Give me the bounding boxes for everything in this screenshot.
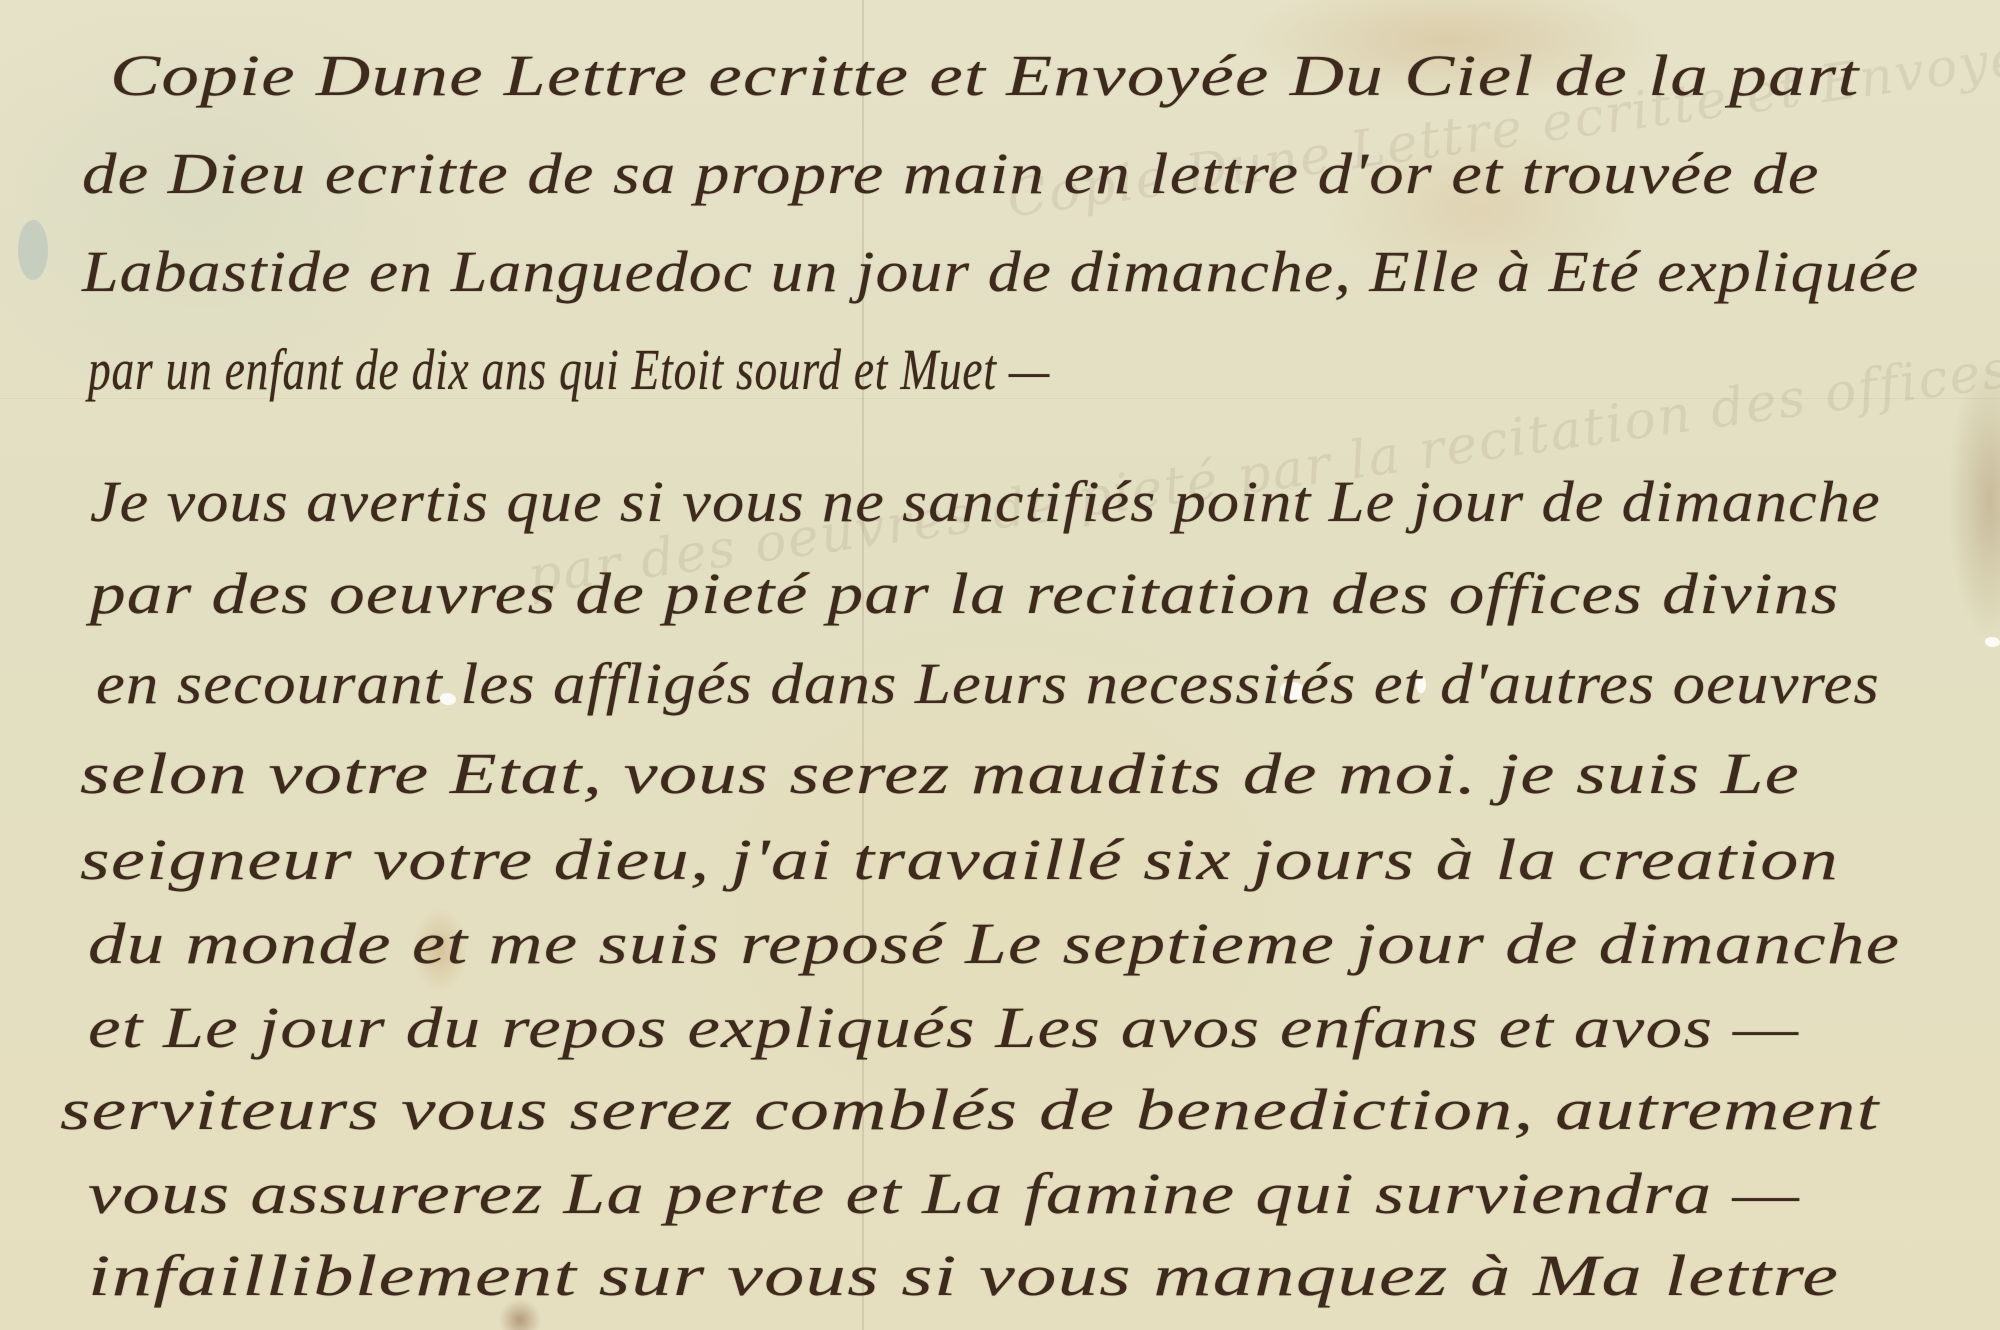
- body-line-4: selon votre Etat, vous serez maudits de …: [80, 740, 1800, 807]
- body-line-3: en secourant les affligés dans Leurs nec…: [96, 650, 1880, 717]
- body-line-7: et Le jour du repos expliqués Les avos e…: [88, 994, 1799, 1061]
- body-line-10: infailliblement sur vous si vous manquez…: [88, 1242, 1839, 1309]
- body-line-6: du monde et me suis reposé Le septieme j…: [88, 910, 1900, 977]
- manuscript-page: Copie Dune Lettre ecritte et Envoyée Du …: [0, 0, 2000, 1330]
- body-line-1: Je vous avertis que si vous ne sanctifié…: [90, 468, 1881, 535]
- manuscript-text: Copie Dune Lettre ecritte et Envoyée Du …: [0, 0, 2000, 1330]
- heading-line-3: Labastide en Languedoc un jour de dimanc…: [82, 238, 1919, 305]
- body-line-2: par des oeuvres de pieté par la recitati…: [90, 560, 1840, 627]
- body-line-9: vous assurerez La perte et La famine qui…: [88, 1160, 1800, 1227]
- heading-line-2: de Dieu ecritte de sa propre main en let…: [82, 140, 1820, 207]
- heading-line-1: Copie Dune Lettre ecritte et Envoyée Du …: [110, 42, 1860, 109]
- heading-line-4: par un enfant de dix ans qui Etoit sourd…: [88, 336, 1050, 403]
- body-line-8: serviteurs vous serez comblés de benedic…: [60, 1076, 1880, 1143]
- body-line-5: seigneur votre dieu, j'ai travaillé six …: [80, 826, 1839, 893]
